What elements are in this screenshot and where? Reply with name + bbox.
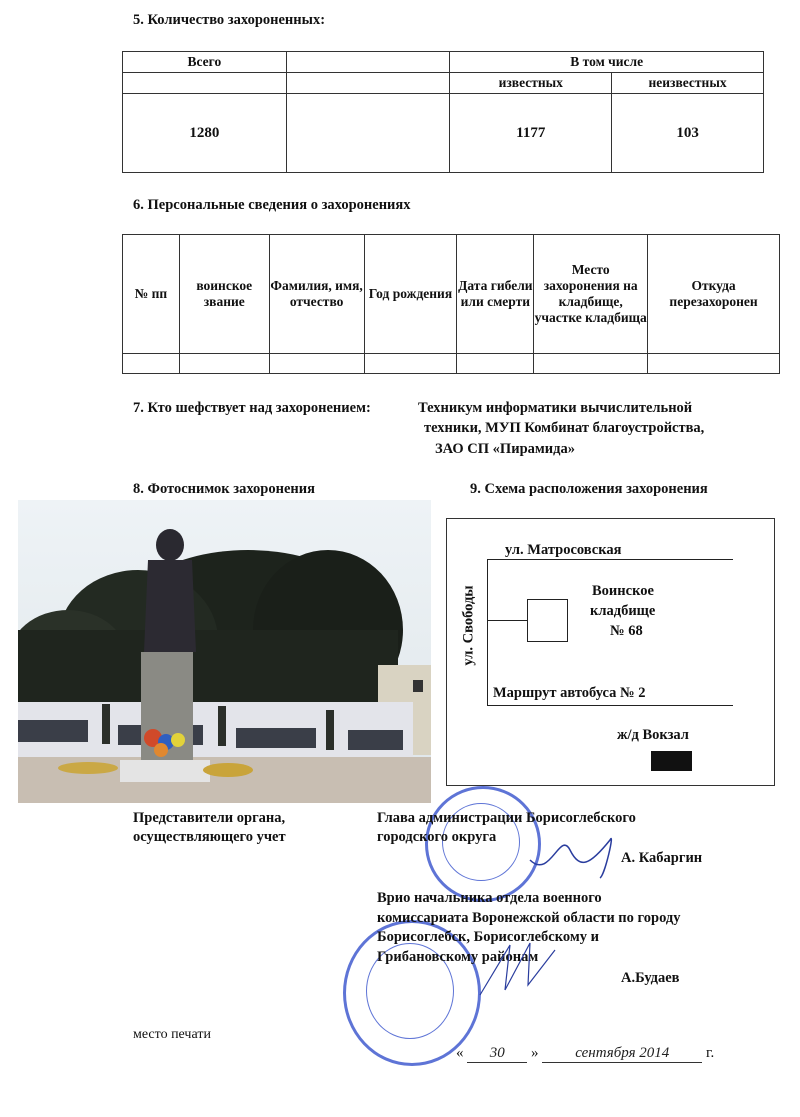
header-unknown: неизвестных (612, 73, 764, 94)
empty-cell (269, 354, 364, 374)
empty-cell (534, 354, 648, 374)
date-close-quote: » (531, 1045, 539, 1061)
col-rank: воинское звание (179, 235, 269, 354)
header-empty-1 (123, 73, 287, 94)
col-number: № пп (123, 235, 180, 354)
registrar-line-1: Представители органа, (133, 809, 286, 828)
patron-line-1: Техникум информатики вычислительной (418, 400, 692, 417)
header-including: В том числе (450, 52, 764, 73)
header-known: известных (450, 73, 612, 94)
section9-title: 9. Схема расположения захоронения (470, 481, 708, 498)
header-blank (286, 52, 450, 73)
station-marker (651, 751, 692, 771)
memorial-photo (18, 500, 431, 803)
col-burial-place: Место захоронения на кладбище, участке к… (534, 235, 648, 354)
mil-title-1: Врио начальника отдела военного (377, 889, 681, 909)
patron-line-3: ЗАО СП «Пирамида» (435, 441, 575, 458)
col-reburied-from: Откуда перезахоронен (648, 235, 780, 354)
cemetery-label-3: № 68 (610, 623, 643, 640)
value-blank (286, 94, 450, 173)
cemetery-square (527, 599, 568, 642)
header-total: Всего (123, 52, 287, 73)
empty-cell (179, 354, 269, 374)
value-total: 1280 (123, 94, 287, 173)
date-day: 30 (467, 1045, 527, 1063)
empty-cell (123, 354, 180, 374)
date-suffix: г. (706, 1045, 714, 1061)
col-name: Фамилия, имя, отчество (269, 235, 364, 354)
empty-cell (457, 354, 534, 374)
mil-name: А.Будаев (621, 970, 680, 987)
registrar-line-2: осуществляющего учет (133, 828, 286, 847)
street-left-line (487, 559, 488, 705)
street-top-line (487, 559, 733, 560)
station-label: ж/д Вокзал (617, 727, 689, 744)
col-death-date: Дата гибели или смерти (457, 235, 534, 354)
empty-cell (648, 354, 780, 374)
empty-cell (364, 354, 457, 374)
head-name: А. Кабаргин (621, 850, 702, 867)
section5-title: 5. Количество захороненных: (133, 12, 325, 29)
memorial-photo-image (18, 500, 431, 803)
mil-signature-icon (470, 935, 580, 1005)
bus-route-label: Маршрут автобуса № 2 (493, 685, 645, 702)
value-known: 1177 (450, 94, 612, 173)
section6-title: 6. Персональные сведения о захоронениях (133, 197, 411, 214)
personal-info-table: № пп воинское звание Фамилия, имя, отчес… (122, 234, 780, 374)
street-svobody: ул. Свободы (461, 576, 478, 676)
location-scheme: ул. Матросовская ул. Свободы Воинское кл… (446, 518, 775, 786)
date-month-year: сентября 2014 (542, 1045, 702, 1063)
mil-title-2: комиссариата Воронежской области по горо… (377, 909, 681, 929)
seal-place-label: место печати (133, 1027, 211, 1043)
burials-count-table: Всего В том числе известных неизвестных … (122, 51, 764, 173)
col-birth-year: Год рождения (364, 235, 457, 354)
head-signature-icon (520, 820, 630, 880)
registrar-label: Представители органа, осуществляющего уч… (133, 809, 286, 847)
date-open-quote: « (456, 1045, 464, 1061)
header-empty-2 (286, 73, 450, 94)
cemetery-label-2: кладбище (590, 603, 655, 620)
cemetery-label-1: Воинское (592, 583, 654, 600)
date-line: « 30 » сентября 2014 г. (456, 1045, 714, 1063)
bus-route-line (487, 705, 733, 706)
section8-title: 8. Фотоснимок захоронения (133, 481, 315, 498)
access-road-line (487, 620, 527, 621)
patron-line-2: техники, МУП Комбинат благоустройства, (424, 420, 704, 437)
street-matrosovskaya: ул. Матросовская (505, 542, 621, 559)
section7-label: 7. Кто шефствует над захоронением: (133, 400, 371, 417)
value-unknown: 103 (612, 94, 764, 173)
